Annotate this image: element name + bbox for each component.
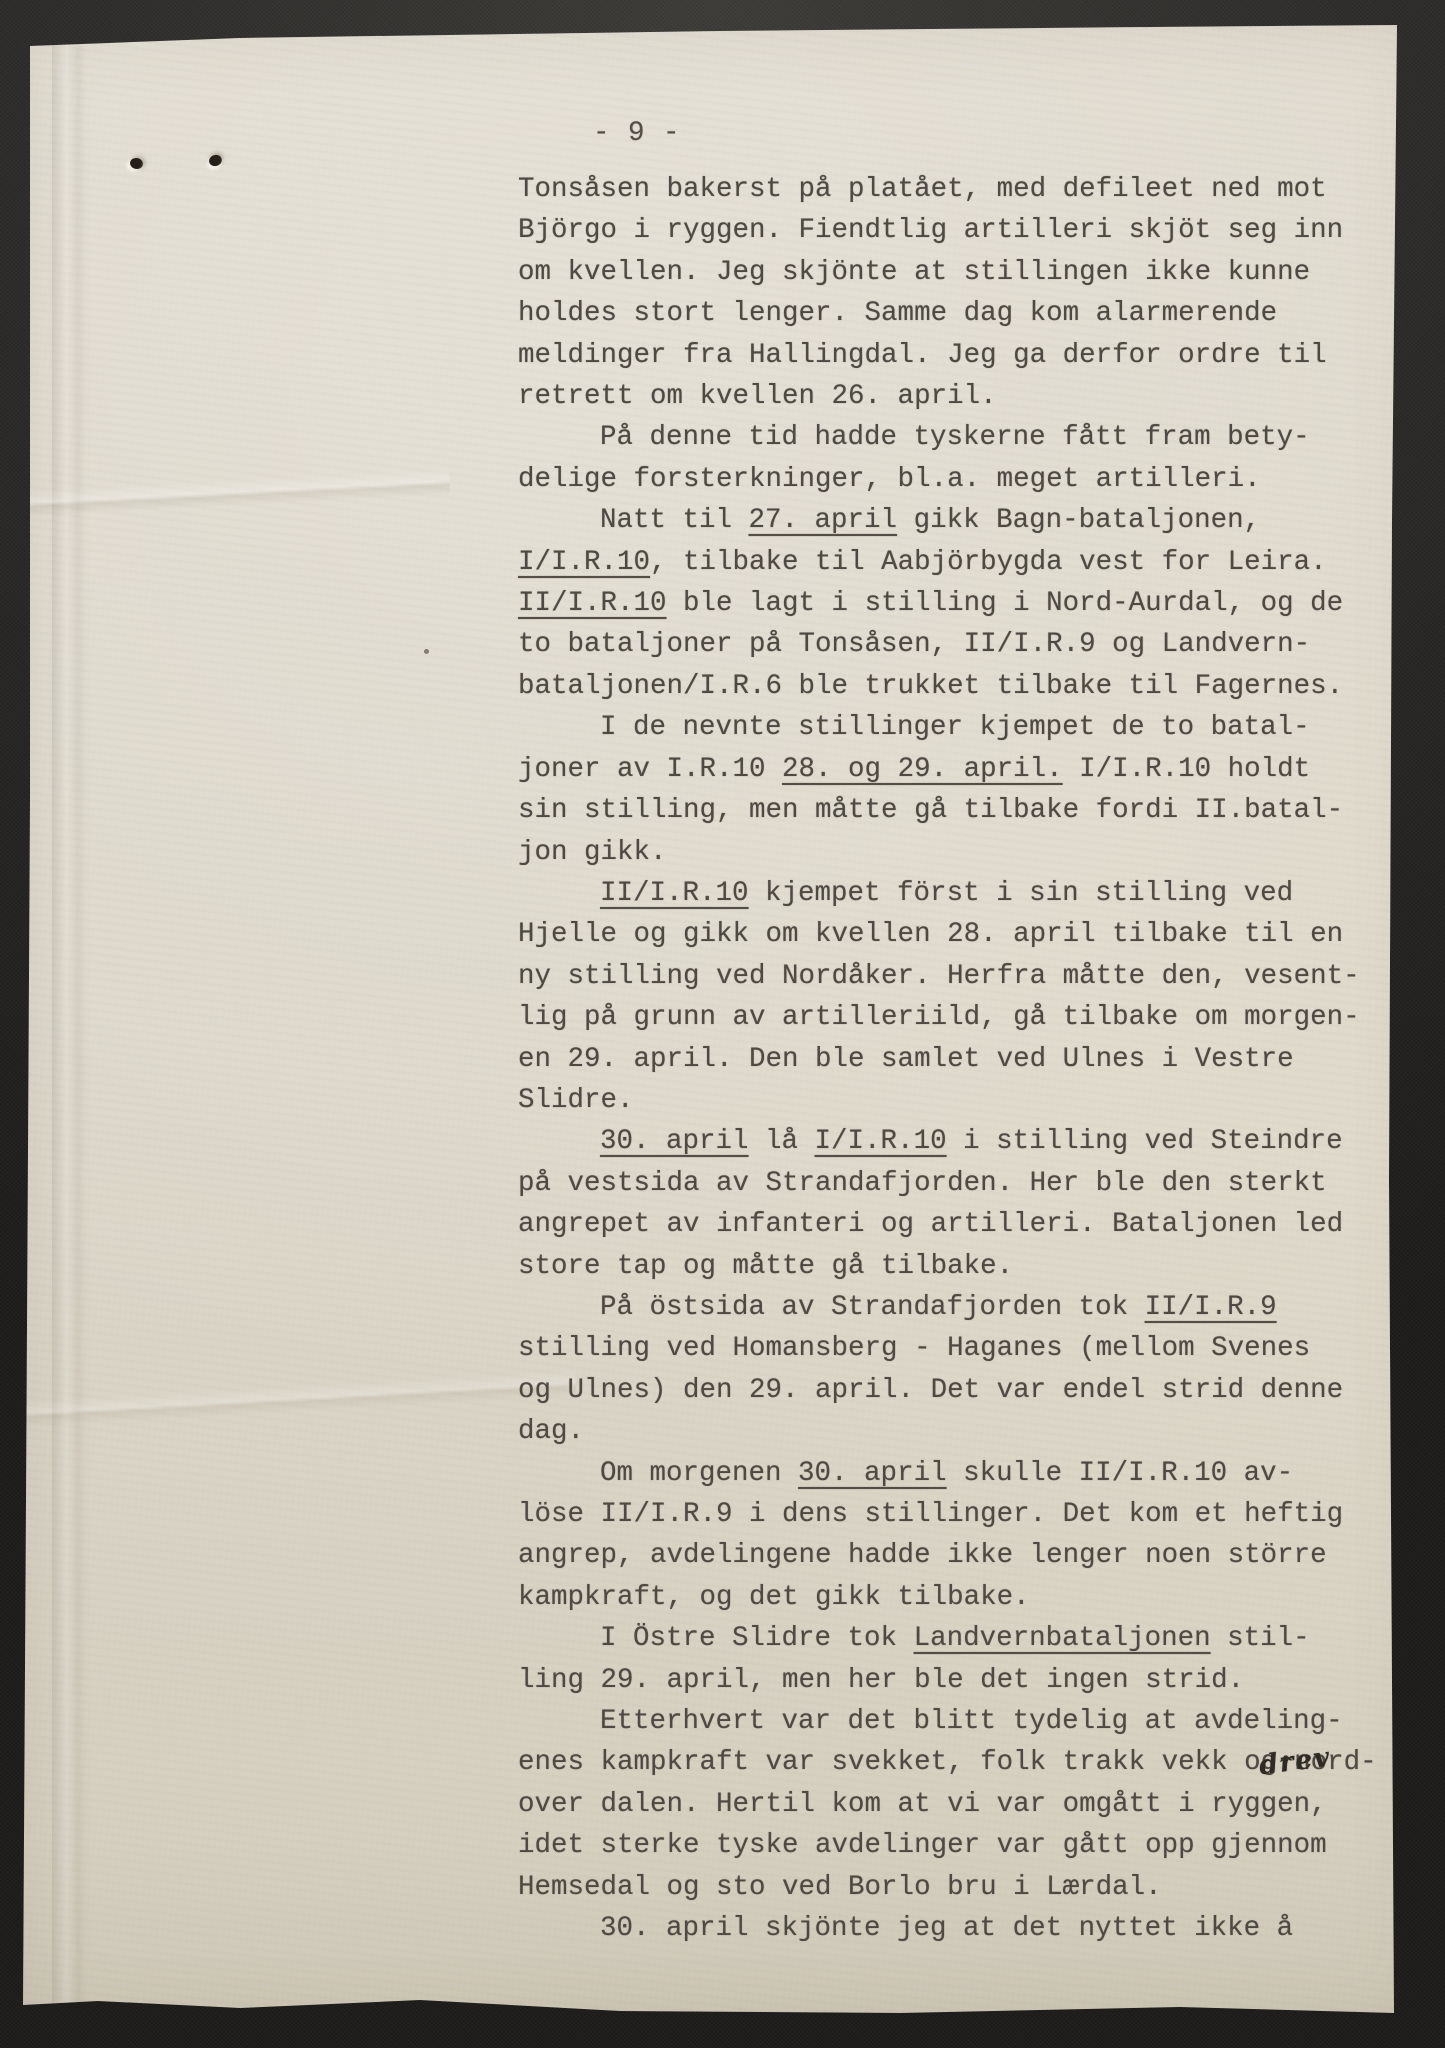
text-line: over dalen. Hertil kom at vi var omgått … [518,1784,1398,1825]
text-line: Slidre. [518,1080,1398,1121]
typed-text: holdes stort lenger. Samme dag kom alarm… [518,298,1277,329]
document-page: - 9 - Tonsåsen bakerst på platået, med d… [0,0,1445,2048]
text-line: ny stilling ved Nordåker. Herfra måtte d… [518,956,1398,997]
text-line: og Ulnes) den 29. april. Det var endel s… [518,1370,1398,1411]
text-line: löse II/I.R.9 i dens stillinger. Det kom… [518,1494,1398,1535]
text-line: kampkraft, og det gikk tilbake. [518,1577,1398,1618]
typed-text: Slidre. [518,1085,634,1116]
text-line: På denne tid hadde tyskerne fått fram be… [518,417,1398,458]
typed-text: lig på grunn av artilleriild, gå tilbake… [518,1002,1360,1033]
typed-text: om kvellen. Jeg skjönte at stillingen ik… [518,257,1310,288]
text-line: holdes stort lenger. Samme dag kom alarm… [518,293,1398,334]
underlined-text: II/I.R.10 [518,588,667,619]
typed-text: I de nevnte stillinger kjempet de to bat… [600,712,1310,743]
text-line: joner av I.R.10 28. og 29. april. I/I.R.… [518,749,1398,790]
typed-text: lå [749,1126,815,1157]
text-line: to bataljoner på Tonsåsen, II/I.R.9 og L… [518,624,1398,665]
text-line: Björgo i ryggen. Fiendtlig artilleri skj… [518,210,1398,251]
underlined-text: I/I.R.10 [518,547,650,578]
typed-text: , tilbake til Aabjörbygda vest for Leira… [650,547,1327,578]
typed-text: store tap og måtte gå tilbake. [518,1251,1013,1282]
typed-text: Hjelle og gikk om kvellen 28. april tilb… [518,919,1343,950]
text-line: stilling ved Homansberg - Haganes (mello… [518,1328,1398,1369]
typed-text: På denne tid hadde tyskerne fått fram be… [600,422,1310,453]
typed-text: kjempet först i sin stilling ved [749,878,1294,909]
typed-text: over dalen. Hertil kom at vi var omgått … [518,1789,1327,1820]
typed-text: i stilling ved Steindre [947,1126,1343,1157]
typed-text: I/I.R.10 holdt [1063,754,1311,785]
text-line: jon gikk. [518,832,1398,873]
underlined-text: II/I.R.10 [600,878,749,909]
typed-text: Etterhvert var det blitt tydelig at avde… [600,1706,1343,1737]
text-line: lig på grunn av artilleriild, gå tilbake… [518,997,1398,1038]
text-line: sin stilling, men måtte gå tilbake fordi… [518,790,1398,831]
text-line: bataljonen/I.R.6 ble trukket tilbake til… [518,666,1398,707]
typed-text: to bataljoner på Tonsåsen, II/I.R.9 og L… [518,629,1310,660]
typed-text: Om morgenen [600,1458,798,1489]
underlined-text: I/I.R.10 [815,1126,947,1157]
text-line: På östsida av Strandafjorden tok II/I.R.… [518,1287,1398,1328]
typed-text: kampkraft, og det gikk tilbake. [518,1582,1030,1613]
typed-text: ling 29. april, men her ble det ingen st… [518,1665,1244,1696]
typed-text: Tonsåsen bakerst på platået, med defilee… [518,174,1327,205]
underlined-text: II/I.R.9 [1145,1292,1277,1323]
text-line: Natt til 27. april gikk Bagn-bataljonen, [518,500,1398,541]
text-line: Etterhvert var det blitt tydelig at avde… [518,1701,1398,1742]
typed-text: joner av I.R.10 [518,754,782,785]
underlined-text: Landvernbataljonen [914,1623,1211,1654]
text-line: ling 29. april, men her ble det ingen st… [518,1660,1398,1701]
text-line: Tonsåsen bakerst på platået, med defilee… [518,169,1398,210]
typed-text: ble lagt i stilling i Nord-Aurdal, og de [667,588,1344,619]
typed-text: idet sterke tyske avdelinger var gått op… [518,1830,1327,1861]
typed-text: angrepet av infanteri og artilleri. Bata… [518,1209,1343,1240]
typed-text: retrett om kvellen 26. april. [518,381,997,412]
typed-text: stil- [1211,1623,1310,1654]
text-line: I Östre Slidre tok Landvernbataljonen st… [518,1618,1398,1659]
text-line: angrepet av infanteri og artilleri. Bata… [518,1204,1398,1245]
typed-text: stilling ved Homansberg - Haganes (mello… [518,1333,1310,1364]
underlined-text: 27. april [749,505,898,536]
typed-text-block: Tonsåsen bakerst på platået, med defilee… [518,169,1398,1949]
text-line: Hjelle og gikk om kvellen 28. april tilb… [518,914,1398,955]
typed-text: 30. april skjönte jeg at det nyttet ikke… [600,1913,1293,1944]
text-line: Hemsedal og sto ved Borlo bru i Lærdal. [518,1867,1398,1908]
text-line: 30. april skjönte jeg at det nyttet ikke… [518,1908,1398,1949]
text-line: II/I.R.10 kjempet först i sin stilling v… [518,873,1398,914]
typed-text: på vestsida av Strandafjorden. Her ble d… [518,1168,1327,1199]
text-line: angrep, avdelingene hadde ikke lenger no… [518,1535,1398,1576]
underlined-text: 30. april [798,1458,947,1489]
typed-text: Natt til [600,505,749,536]
typed-text: ny stilling ved Nordåker. Herfra måtte d… [518,961,1360,992]
text-line: II/I.R.10 ble lagt i stilling i Nord-Aur… [518,583,1398,624]
text-line: meldinger fra Hallingdal. Jeg ga derfor … [518,335,1398,376]
typed-text: jon gikk. [518,837,667,868]
text-line: enes kampkraft var svekket, folk trakk v… [518,1742,1398,1783]
text-line: på vestsida av Strandafjorden. Her ble d… [518,1163,1398,1204]
typed-text: dag. [518,1416,584,1447]
typed-text: sin stilling, men måtte gå tilbake fordi… [518,795,1343,826]
typed-text: Björgo i ryggen. Fiendtlig artilleri skj… [518,215,1343,246]
underlined-text: 30. april [600,1126,749,1157]
text-line: I de nevnte stillinger kjempet de to bat… [518,707,1398,748]
text-line: I/I.R.10, tilbake til Aabjörbygda vest f… [518,542,1398,583]
typed-text: meldinger fra Hallingdal. Jeg ga derfor … [518,340,1327,371]
text-line: 30. april lå I/I.R.10 i stilling ved Ste… [518,1121,1398,1162]
typed-text: I Östre Slidre tok [600,1623,914,1654]
typed-text: skulle II/I.R.10 av- [947,1458,1294,1489]
typed-text: bataljonen/I.R.6 ble trukket tilbake til… [518,671,1343,702]
typed-text: löse II/I.R.9 i dens stillinger. Det kom… [518,1499,1343,1530]
typed-text: På östsida av Strandafjorden tok [600,1292,1145,1323]
text-line: Om morgenen 30. april skulle II/I.R.10 a… [518,1453,1398,1494]
typed-text: Hemsedal og sto ved Borlo bru i Lærdal. [518,1872,1162,1903]
underlined-text: 28. og 29. april. [782,754,1063,785]
typed-text: enes kampkraft var svekket, folk trakk v… [518,1747,1277,1778]
ink-speck [424,649,429,654]
scanned-document-photo: - 9 - Tonsåsen bakerst på platået, med d… [0,0,1445,2048]
text-line: dag. [518,1411,1398,1452]
text-line: idet sterke tyske avdelinger var gått op… [518,1825,1398,1866]
typed-text: en 29. april. Den ble samlet ved Ulnes i… [518,1044,1294,1075]
text-line: retrett om kvellen 26. april. [518,376,1398,417]
typed-text: og Ulnes) den 29. april. Det var endel s… [518,1375,1343,1406]
text-line: en 29. april. Den ble samlet ved Ulnes i… [518,1039,1398,1080]
typed-text: gikk Bagn-bataljonen, [897,505,1260,536]
text-line: om kvellen. Jeg skjönte at stillingen ik… [518,252,1398,293]
text-line: delige forsterkninger, bl.a. meget artil… [518,459,1398,500]
typed-text: delige forsterkninger, bl.a. meget artil… [518,464,1261,495]
typed-text: angrep, avdelingene hadde ikke lenger no… [518,1540,1327,1571]
page-number: - 9 - [593,118,681,149]
text-line: store tap og måtte gå tilbake. [518,1246,1398,1287]
